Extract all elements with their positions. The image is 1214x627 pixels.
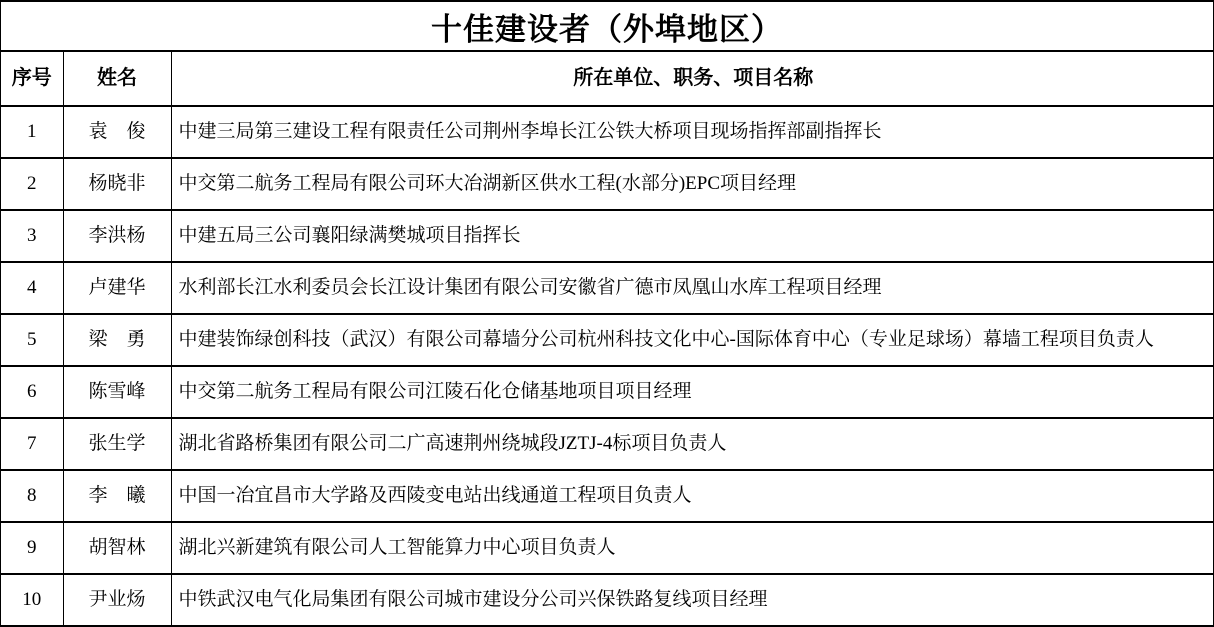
table-row: 10尹业炀中铁武汉电气化局集团有限公司城市建设分公司兴保铁路复线项目经理 <box>1 574 1214 626</box>
row-index-cell: 4 <box>1 262 63 314</box>
row-details-cell: 中铁武汉电气化局集团有限公司城市建设分公司兴保铁路复线项目经理 <box>171 574 1214 626</box>
table-row: 6陈雪峰中交第二航务工程局有限公司江陵石化仓储基地项目项目经理 <box>1 366 1214 418</box>
table-row: 1袁 俊中建三局第三建设工程有限责任公司荆州李埠长江公铁大桥项目现场指挥部副指挥… <box>1 106 1214 158</box>
document-sheet: 十佳建设者（外埠地区） 序号 姓名 所在单位、职务、项目名称 1袁 俊中建三局第… <box>0 0 1214 627</box>
row-index-cell: 5 <box>1 314 63 366</box>
column-header-name: 姓名 <box>63 51 171 106</box>
row-name-cell: 李洪杨 <box>63 210 171 262</box>
row-name-cell: 陈雪峰 <box>63 366 171 418</box>
row-name-cell: 袁 俊 <box>63 106 171 158</box>
table-row: 7张生学湖北省路桥集团有限公司二广高速荆州绕城段JZTJ-4标项目负责人 <box>1 418 1214 470</box>
row-name-cell: 尹业炀 <box>63 574 171 626</box>
row-name-cell: 李 曦 <box>63 470 171 522</box>
row-details-cell: 中建五局三公司襄阳绿满樊城项目指挥长 <box>171 210 1214 262</box>
row-details-cell: 中国一冶宜昌市大学路及西陵变电站出线通道工程项目负责人 <box>171 470 1214 522</box>
row-index-cell: 7 <box>1 418 63 470</box>
page-title: 十佳建设者（外埠地区） <box>1 2 1213 50</box>
row-index-cell: 6 <box>1 366 63 418</box>
table-header-row: 序号 姓名 所在单位、职务、项目名称 <box>1 51 1214 106</box>
table-row: 9胡智林湖北兴新建筑有限公司人工智能算力中心项目负责人 <box>1 522 1214 574</box>
row-details-cell: 中建装饰绿创科技（武汉）有限公司幕墙分公司杭州科技文化中心-国际体育中心（专业足… <box>171 314 1214 366</box>
column-header-index: 序号 <box>1 51 63 106</box>
table-row: 4卢建华水利部长江水利委员会长江设计集团有限公司安徽省广德市凤凰山水库工程项目经… <box>1 262 1214 314</box>
row-index-cell: 9 <box>1 522 63 574</box>
row-name-cell: 胡智林 <box>63 522 171 574</box>
row-details-cell: 湖北兴新建筑有限公司人工智能算力中心项目负责人 <box>171 522 1214 574</box>
row-index-cell: 8 <box>1 470 63 522</box>
row-name-cell: 张生学 <box>63 418 171 470</box>
table-row: 8李 曦中国一冶宜昌市大学路及西陵变电站出线通道工程项目负责人 <box>1 470 1214 522</box>
row-name-cell: 杨晓非 <box>63 158 171 210</box>
row-details-cell: 中交第二航务工程局有限公司江陵石化仓储基地项目项目经理 <box>171 366 1214 418</box>
row-details-cell: 中交第二航务工程局有限公司环大冶湖新区供水工程(水部分)EPC项目经理 <box>171 158 1214 210</box>
row-index-cell: 1 <box>1 106 63 158</box>
row-index-cell: 10 <box>1 574 63 626</box>
row-index-cell: 3 <box>1 210 63 262</box>
row-details-cell: 中建三局第三建设工程有限责任公司荆州李埠长江公铁大桥项目现场指挥部副指挥长 <box>171 106 1214 158</box>
row-index-cell: 2 <box>1 158 63 210</box>
row-details-cell: 湖北省路桥集团有限公司二广高速荆州绕城段JZTJ-4标项目负责人 <box>171 418 1214 470</box>
table-row: 3李洪杨中建五局三公司襄阳绿满樊城项目指挥长 <box>1 210 1214 262</box>
table-row: 5梁 勇中建装饰绿创科技（武汉）有限公司幕墙分公司杭州科技文化中心-国际体育中心… <box>1 314 1214 366</box>
table-body: 1袁 俊中建三局第三建设工程有限责任公司荆州李埠长江公铁大桥项目现场指挥部副指挥… <box>1 106 1214 626</box>
row-name-cell: 卢建华 <box>63 262 171 314</box>
row-name-cell: 梁 勇 <box>63 314 171 366</box>
table-row: 2杨晓非中交第二航务工程局有限公司环大冶湖新区供水工程(水部分)EPC项目经理 <box>1 158 1214 210</box>
column-header-details: 所在单位、职务、项目名称 <box>171 51 1214 106</box>
builders-table: 序号 姓名 所在单位、职务、项目名称 1袁 俊中建三局第三建设工程有限责任公司荆… <box>1 50 1214 627</box>
row-details-cell: 水利部长江水利委员会长江设计集团有限公司安徽省广德市凤凰山水库工程项目经理 <box>171 262 1214 314</box>
